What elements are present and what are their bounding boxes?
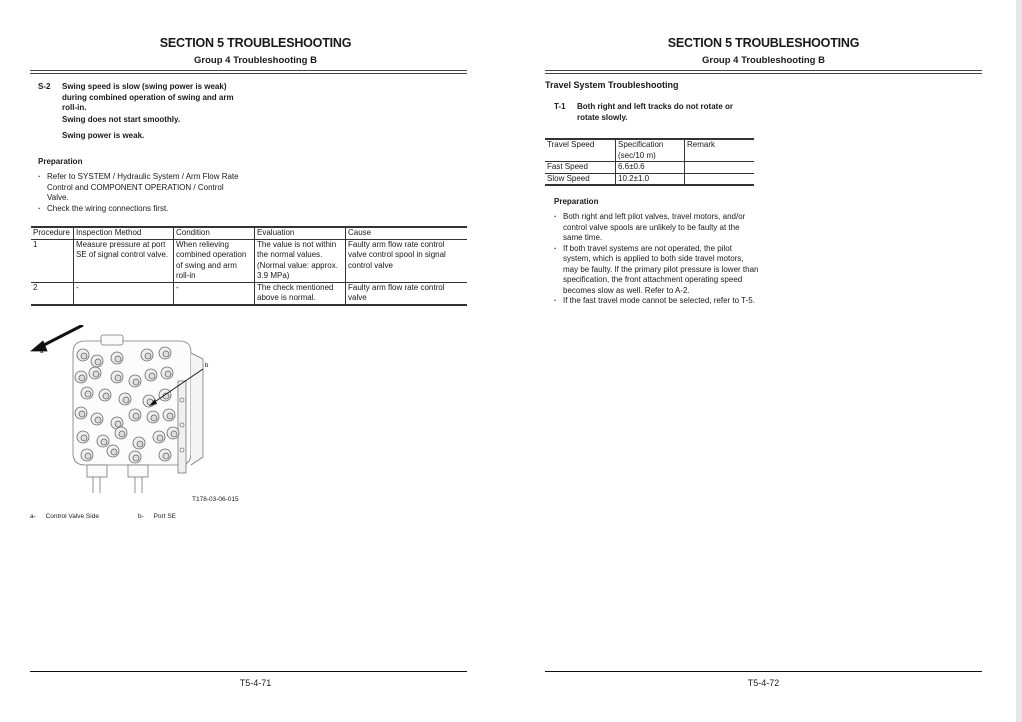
preparation-heading: Preparation	[554, 197, 598, 206]
item-title-line: during combined operation of swing and a…	[62, 93, 262, 104]
col-header: Remark	[685, 139, 755, 162]
preparation-bullet: Both right and left pilot valves, travel…	[554, 212, 759, 244]
col-header: Inspection Method	[74, 227, 174, 239]
table-row: Fast Speed 6.6±0.6	[545, 162, 754, 174]
header-rule	[30, 70, 467, 74]
table-row: 1 Measure pressure at port SE of signal …	[31, 239, 467, 282]
group-title: Group 4 Troubleshooting B	[0, 55, 511, 66]
symptom-1: Swing does not start smoothly.	[62, 115, 180, 126]
cell: -	[74, 282, 174, 305]
col-header: Condition	[174, 227, 255, 239]
group-title: Group 4 Troubleshooting B	[511, 55, 1016, 66]
item-title: Both right and left tracks do not rotate…	[577, 102, 777, 123]
table-row: 2 - - The check mentioned above is norma…	[31, 282, 467, 305]
footer-rule	[30, 671, 467, 672]
preparation-bullet: Check the wiring connections first.	[38, 204, 243, 215]
cell	[685, 162, 755, 174]
col-header: Travel Speed	[545, 139, 616, 162]
figure-id: T178-03-06-015	[192, 496, 239, 503]
preparation-list: Refer to SYSTEM / Hydraulic System / Arm…	[38, 172, 243, 214]
subsection-title: Travel System Troubleshooting	[545, 80, 679, 90]
viewer-edge	[1016, 0, 1022, 722]
cell: Slow Speed	[545, 173, 616, 185]
preparation-bullet: Refer to SYSTEM / Hydraulic System / Arm…	[38, 172, 243, 204]
manual-page-right: SECTION 5 TROUBLESHOOTING Group 4 Troubl…	[511, 0, 1016, 722]
col-header: Procedure	[31, 227, 74, 239]
legend-key: a-	[30, 513, 36, 520]
page-number: T5-4-72	[511, 678, 1016, 688]
manual-page-left: SECTION 5 TROUBLESHOOTING Group 4 Troubl…	[0, 0, 511, 722]
cell: Faulty arm flow rate control valve	[346, 282, 468, 305]
symptom-2: Swing power is weak.	[62, 131, 144, 142]
item-title: Swing speed is slow (swing power is weak…	[62, 82, 262, 114]
item-title-line: roll-in.	[62, 103, 262, 114]
cell	[685, 173, 755, 185]
table-header-row: Procedure Inspection Method Condition Ev…	[31, 227, 467, 239]
cell: Fast Speed	[545, 162, 616, 174]
page-number: T5-4-71	[0, 678, 511, 688]
callout-b: b	[205, 363, 209, 369]
footer-rule	[545, 671, 982, 672]
item-code: S-2	[38, 82, 50, 91]
cell: 10.2±1.0	[616, 173, 685, 185]
cell: -	[174, 282, 255, 305]
cell: Measure pressure at port SE of signal co…	[74, 239, 174, 282]
cell: 2	[31, 282, 74, 305]
col-header: Specification (sec/10 m)	[616, 139, 685, 162]
inspection-table: Procedure Inspection Method Condition Ev…	[31, 226, 467, 306]
legend-key: b-	[138, 513, 144, 520]
preparation-heading: Preparation	[38, 157, 82, 166]
cell: The value is not within the normal value…	[255, 239, 346, 282]
section-title: SECTION 5 TROUBLESHOOTING	[511, 36, 1016, 50]
cell: 6.6±0.6	[616, 162, 685, 174]
preparation-bullet: If the fast travel mode cannot be select…	[554, 296, 759, 307]
header-rule	[545, 70, 982, 74]
legend-label: Port SE	[154, 513, 176, 520]
cell: 1	[31, 239, 74, 282]
col-header: Cause	[346, 227, 468, 239]
legend-item-b: b- Port SE	[138, 513, 176, 520]
legend-item-a: a- Control Valve Side	[30, 513, 99, 520]
item-title-line: rotate slowly.	[577, 113, 777, 124]
item-title-line: Swing speed is slow (swing power is weak…	[62, 82, 262, 93]
item-code: T-1	[554, 102, 566, 111]
legend-label: Control Valve Side	[46, 513, 99, 520]
preparation-list: Both right and left pilot valves, travel…	[554, 212, 759, 307]
travel-speed-table: Travel Speed Specification (sec/10 m) Re…	[545, 138, 754, 186]
table-row: Slow Speed 10.2±1.0	[545, 173, 754, 185]
table-header-row: Travel Speed Specification (sec/10 m) Re…	[545, 139, 754, 162]
preparation-bullet: If both travel systems are not operated,…	[554, 244, 759, 297]
cell: The check mentioned above is normal.	[255, 282, 346, 305]
cell: When relieving combined operation of swi…	[174, 239, 255, 282]
cell: Faulty arm flow rate control valve contr…	[346, 239, 468, 282]
col-header: Evaluation	[255, 227, 346, 239]
item-title-line: Both right and left tracks do not rotate…	[577, 102, 777, 113]
control-valve-illustration: a b	[25, 325, 255, 510]
section-title: SECTION 5 TROUBLESHOOTING	[0, 36, 511, 50]
